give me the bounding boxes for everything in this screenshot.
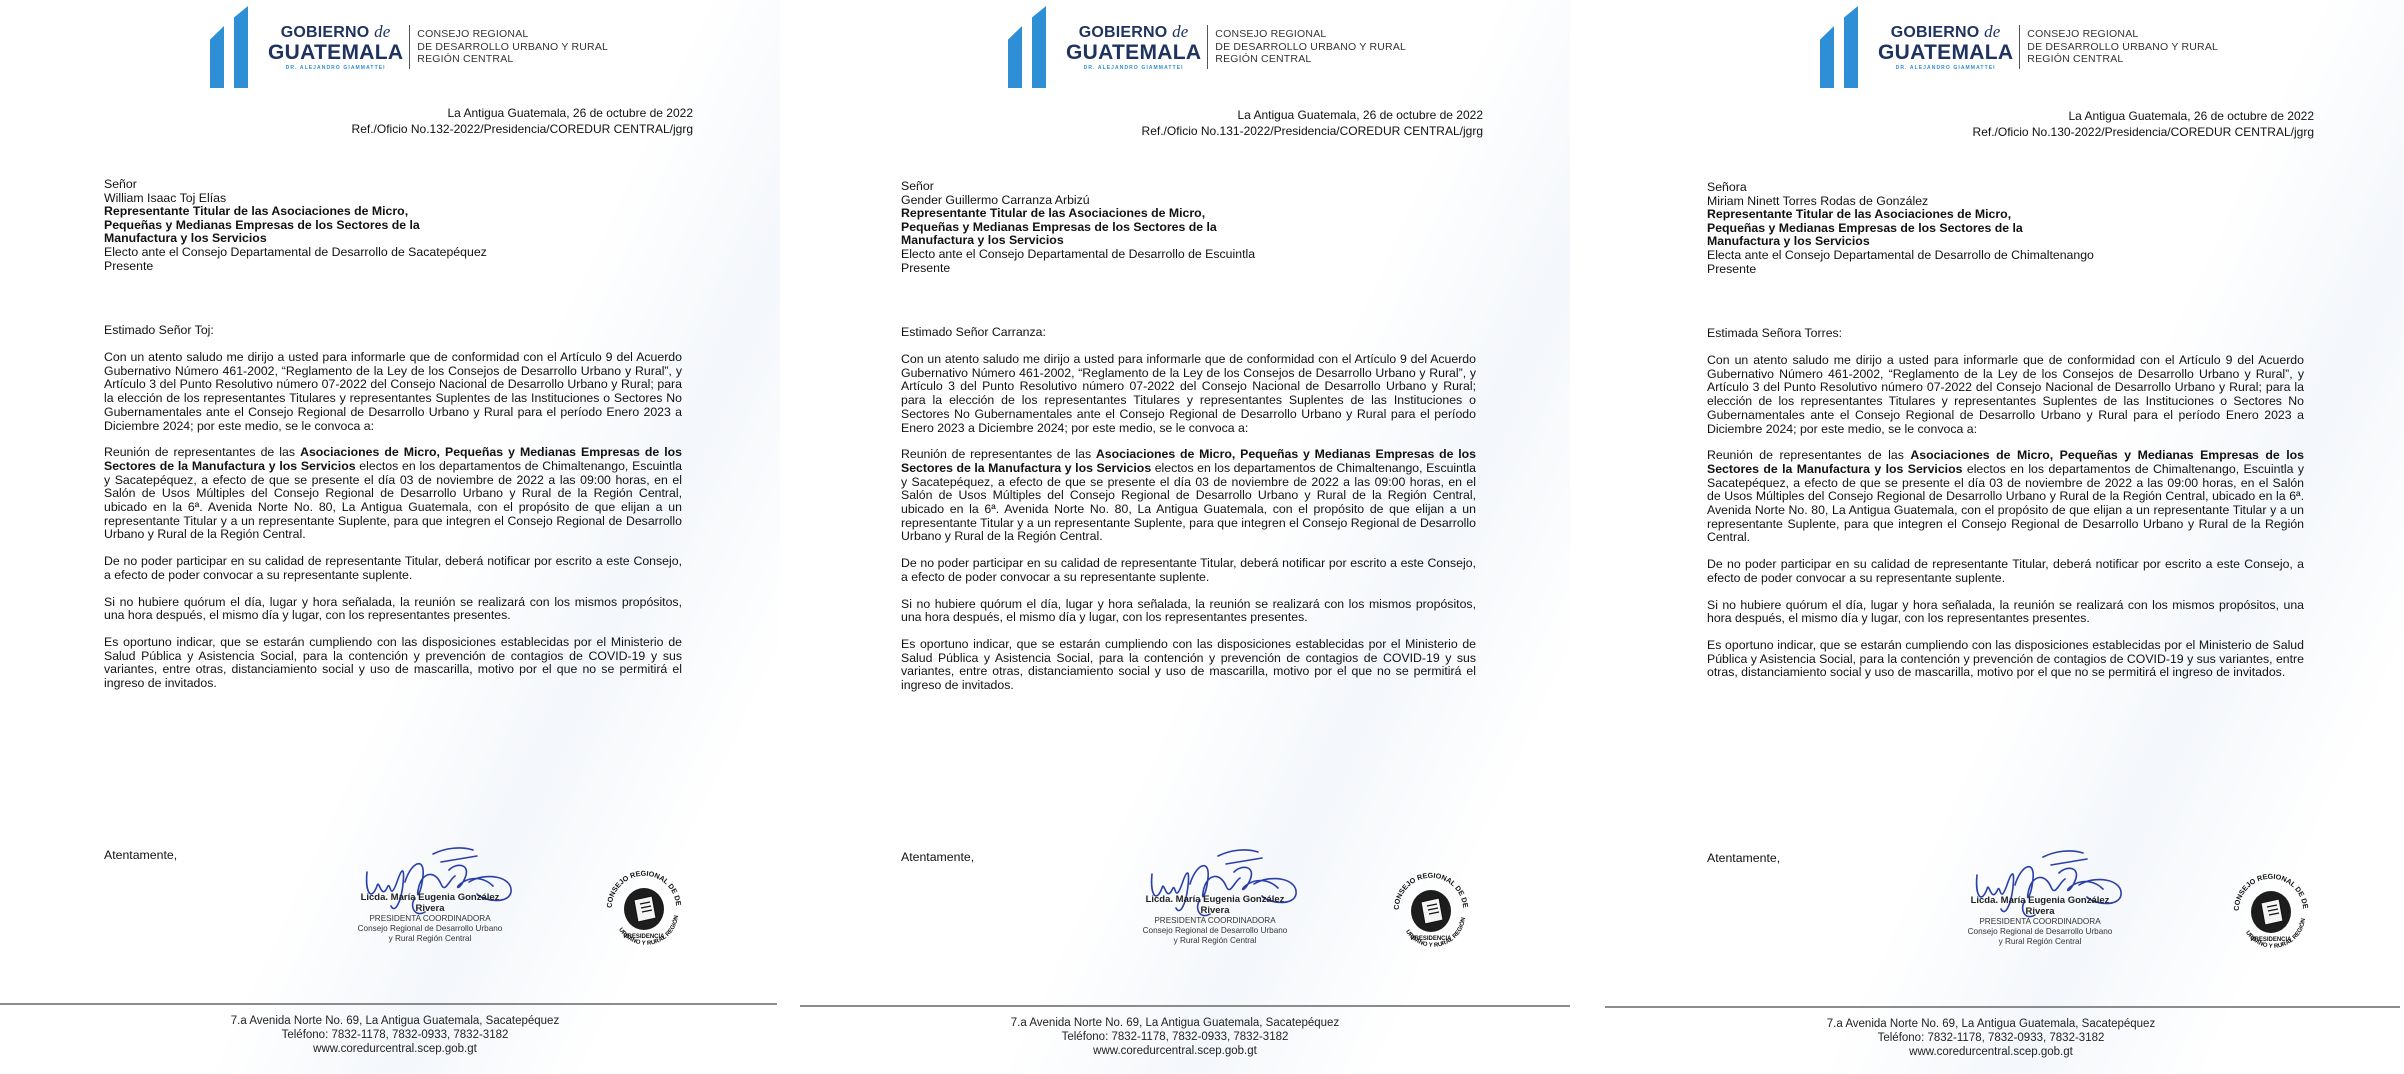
letter-page-2: GOBIERNO de GUATEMALA DR. ALEJANDRO GIAM… [800,0,1570,1074]
paragraph-meeting: Reunión de representantes de las Asociac… [1707,449,2304,545]
recipient-title: Representante Titular de las Asociacione… [901,207,1255,248]
paragraph-substitute: De no poder participar en su calidad de … [901,557,1476,584]
date-reference: La Antigua Guatemala, 26 de octubre de 2… [1142,107,1483,139]
footer-website[interactable]: www.coredurcentral.scep.gob.gt [1781,1045,2201,1059]
signatory-name: Licda. María Eugenia González Rivera [345,892,515,914]
header-logo: GOBIERNO de GUATEMALA DR. ALEJANDRO GIAM… [1008,6,1406,88]
letter: GOBIERNO de GUATEMALA DR. ALEJANDRO GIAM… [0,0,780,1074]
paragraph-legal-basis: Con un atento saludo me dirijo a usted p… [901,353,1476,435]
header-logo: GOBIERNO de GUATEMALA DR. ALEJANDRO GIAM… [210,6,608,88]
svg-text:PRESIDENCIA: PRESIDENCIA [623,934,665,940]
logo-divider [1207,25,1208,69]
closing: Atentamente, [104,848,177,862]
greeting: Estimada Señora Torres: [1707,326,1842,340]
paragraph-covid: Es oportuno indicar, que se estarán cump… [1707,639,2304,680]
footer-divider [0,1003,777,1005]
recipient-name: Miriam Ninett Torres Rodas de González [1707,195,2094,209]
footer-address: 7.a Avenida Norte No. 69, La Antigua Gua… [190,1014,600,1028]
footer-divider [800,1005,1570,1007]
elected-before: Electo ante el Consejo Departamental de … [901,248,1255,262]
official-seal-icon: CONSEJO REGIONAL DE DESARROLLO URBANO Y … [2225,865,2317,957]
recipient-block: Señora Miriam Ninett Torres Rodas de Gon… [1707,181,2094,276]
closing: Atentamente, [901,850,974,864]
footer: 7.a Avenida Norte No. 69, La Antigua Gua… [970,1016,1380,1058]
guatemala-flag-bars-icon [210,6,256,88]
recipient-title: Representante Titular de las Asociacione… [104,205,487,246]
recipient-name: Gender Guillermo Carranza Arbizú [901,194,1255,208]
gobierno-logotype: GOBIERNO de GUATEMALA DR. ALEJANDRO GIAM… [1066,23,1201,71]
letter-body: Con un atento saludo me dirijo a usted p… [901,353,1476,706]
official-seal-icon: CONSEJO REGIONAL DE DESARROLLO URBANO Y … [598,862,690,954]
footer-address: 7.a Avenida Norte No. 69, La Antigua Gua… [970,1016,1380,1030]
paragraph-quorum: Si no hubiere quórum el día, lugar y hor… [104,596,682,623]
closing: Atentamente, [1707,851,1780,865]
signatory-role: PRESIDENTA COORDINADORA Consejo Regional… [1955,917,2125,947]
footer-phone: Teléfono: 7832-1178, 7832-0933, 7832-318… [190,1028,600,1042]
svg-text:PRESIDENCIA: PRESIDENCIA [2250,937,2292,943]
footer-divider [1605,1006,2400,1008]
paragraph-quorum: Si no hubiere quórum el día, lugar y hor… [901,598,1476,625]
council-name: CONSEJO REGIONAL DE DESARROLLO URBANO Y … [2027,28,2218,66]
guatemala-flag-bars-icon [1008,6,1054,88]
official-seal-icon: CONSEJO REGIONAL DE DESARROLLO URBANO Y … [1385,864,1477,956]
letter-date: La Antigua Guatemala, 26 de octubre de 2… [1142,107,1483,123]
paragraph-covid: Es oportuno indicar, que se estarán cump… [104,636,682,691]
presente: Presente [1707,263,2094,277]
footer-phone: Teléfono: 7832-1178, 7832-0933, 7832-318… [1781,1031,2201,1045]
presente: Presente [901,262,1255,276]
paragraph-substitute: De no poder participar en su calidad de … [1707,558,2304,585]
honorific: Señor [901,180,1255,194]
reference-number: Ref./Oficio No.131-2022/Presidencia/CORE… [1142,123,1483,139]
paragraph-substitute: De no poder participar en su calidad de … [104,555,682,582]
paragraph-covid: Es oportuno indicar, que se estarán cump… [901,638,1476,693]
reference-number: Ref./Oficio No.132-2022/Presidencia/CORE… [352,121,693,137]
logo-divider [409,25,410,69]
date-reference: La Antigua Guatemala, 26 de octubre de 2… [352,105,693,137]
signatory-name: Licda. María Eugenia González Rivera [1130,894,1300,916]
signature-block: Licda. María Eugenia González Rivera PRE… [345,880,515,944]
paragraph-quorum: Si no hubiere quórum el día, lugar y hor… [1707,599,2304,626]
signatory-role: PRESIDENTA COORDINADORA Consejo Regional… [345,914,515,944]
paragraph-meeting: Reunión de representantes de las Asociac… [104,446,682,542]
footer-website[interactable]: www.coredurcentral.scep.gob.gt [190,1042,600,1056]
signatory-name: Licda. María Eugenia González Rivera [1955,895,2125,917]
date-reference: La Antigua Guatemala, 26 de octubre de 2… [1973,108,2314,140]
gobierno-logotype: GOBIERNO de GUATEMALA DR. ALEJANDRO GIAM… [1878,23,2013,71]
council-name: CONSEJO REGIONAL DE DESARROLLO URBANO Y … [1215,28,1406,66]
presente: Presente [104,260,487,274]
greeting: Estimado Señor Toj: [104,323,214,337]
reference-number: Ref./Oficio No.130-2022/Presidencia/CORE… [1973,124,2314,140]
elected-before: Electo ante el Consejo Departamental de … [104,246,487,260]
logo-divider [2019,25,2020,69]
letter-body: Con un atento saludo me dirijo a usted p… [1707,354,2304,693]
recipient-block: Señor William Isaac Toj Elías Representa… [104,178,487,273]
recipient-name: William Isaac Toj Elías [104,192,487,206]
footer: 7.a Avenida Norte No. 69, La Antigua Gua… [190,1014,600,1056]
greeting: Estimado Señor Carranza: [901,325,1046,339]
footer-phone: Teléfono: 7832-1178, 7832-0933, 7832-318… [970,1030,1380,1044]
letter-date: La Antigua Guatemala, 26 de octubre de 2… [1973,108,2314,124]
gobierno-logotype: GOBIERNO de GUATEMALA DR. ALEJANDRO GIAM… [268,23,403,71]
letter-body: Con un atento saludo me dirijo a usted p… [104,351,682,704]
letter-page-3: GOBIERNO de GUATEMALA DR. ALEJANDRO GIAM… [1605,0,2404,1074]
elected-before: Electa ante el Consejo Departamental de … [1707,249,2094,263]
paragraph-meeting: Reunión de representantes de las Asociac… [901,448,1476,544]
letter: GOBIERNO de GUATEMALA DR. ALEJANDRO GIAM… [1605,0,2404,1074]
footer-address: 7.a Avenida Norte No. 69, La Antigua Gua… [1781,1017,2201,1031]
paragraph-legal-basis: Con un atento saludo me dirijo a usted p… [1707,354,2304,436]
signature-block: Licda. María Eugenia González Rivera PRE… [1130,882,1300,946]
footer: 7.a Avenida Norte No. 69, La Antigua Gua… [1781,1017,2201,1059]
honorific: Señor [104,178,487,192]
recipient-block: Señor Gender Guillermo Carranza Arbizú R… [901,180,1255,275]
footer-website[interactable]: www.coredurcentral.scep.gob.gt [970,1044,1380,1058]
signatory-role: PRESIDENTA COORDINADORA Consejo Regional… [1130,916,1300,946]
letter: GOBIERNO de GUATEMALA DR. ALEJANDRO GIAM… [800,0,1570,1074]
honorific: Señora [1707,181,2094,195]
recipient-title: Representante Titular de las Asociacione… [1707,208,2094,249]
letter-page-1: GOBIERNO de GUATEMALA DR. ALEJANDRO GIAM… [0,0,780,1074]
header-logo: GOBIERNO de GUATEMALA DR. ALEJANDRO GIAM… [1820,6,2218,88]
paragraph-legal-basis: Con un atento saludo me dirijo a usted p… [104,351,682,433]
guatemala-flag-bars-icon [1820,6,1866,88]
council-name: CONSEJO REGIONAL DE DESARROLLO URBANO Y … [417,28,608,66]
signature-block: Licda. María Eugenia González Rivera PRE… [1955,883,2125,947]
letter-date: La Antigua Guatemala, 26 de octubre de 2… [352,105,693,121]
svg-text:PRESIDENCIA: PRESIDENCIA [1410,936,1452,942]
